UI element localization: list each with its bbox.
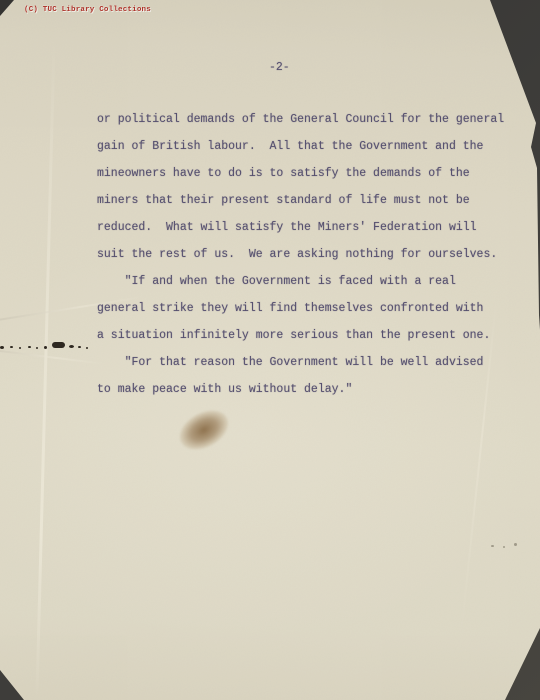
text-line: general strike they will find themselves… [97,295,504,322]
text-line: suit the rest of us. We are asking nothi… [97,241,504,268]
text-line: miners that their present standard of li… [97,187,504,214]
ink-stain [173,403,235,458]
paper-crease [35,40,55,700]
text-line: "If and when the Government is faced wit… [97,268,504,295]
document-body: or political demands of the General Coun… [97,106,504,403]
text-line: mineowners have to do is to satisfy the … [97,160,504,187]
scanned-photo: { "watermark": { "label": "(C) TUC Libra… [0,0,540,700]
text-line: gain of British labour. All that the Gov… [97,133,504,160]
text-line: to make peace with us without delay." [97,376,504,403]
document-page: -2- or political demands of the General … [0,0,540,700]
page-number: -2- [269,61,290,74]
text-line: reduced. What will satisfy the Miners' F… [97,214,504,241]
archive-watermark: (C) TUC Library Collections [24,6,151,14]
text-line: "For that reason the Government will be … [97,349,504,376]
paper-crease [0,349,104,364]
text-line: or political demands of the General Coun… [97,106,504,133]
text-line: a situation infinitely more serious than… [97,322,504,349]
